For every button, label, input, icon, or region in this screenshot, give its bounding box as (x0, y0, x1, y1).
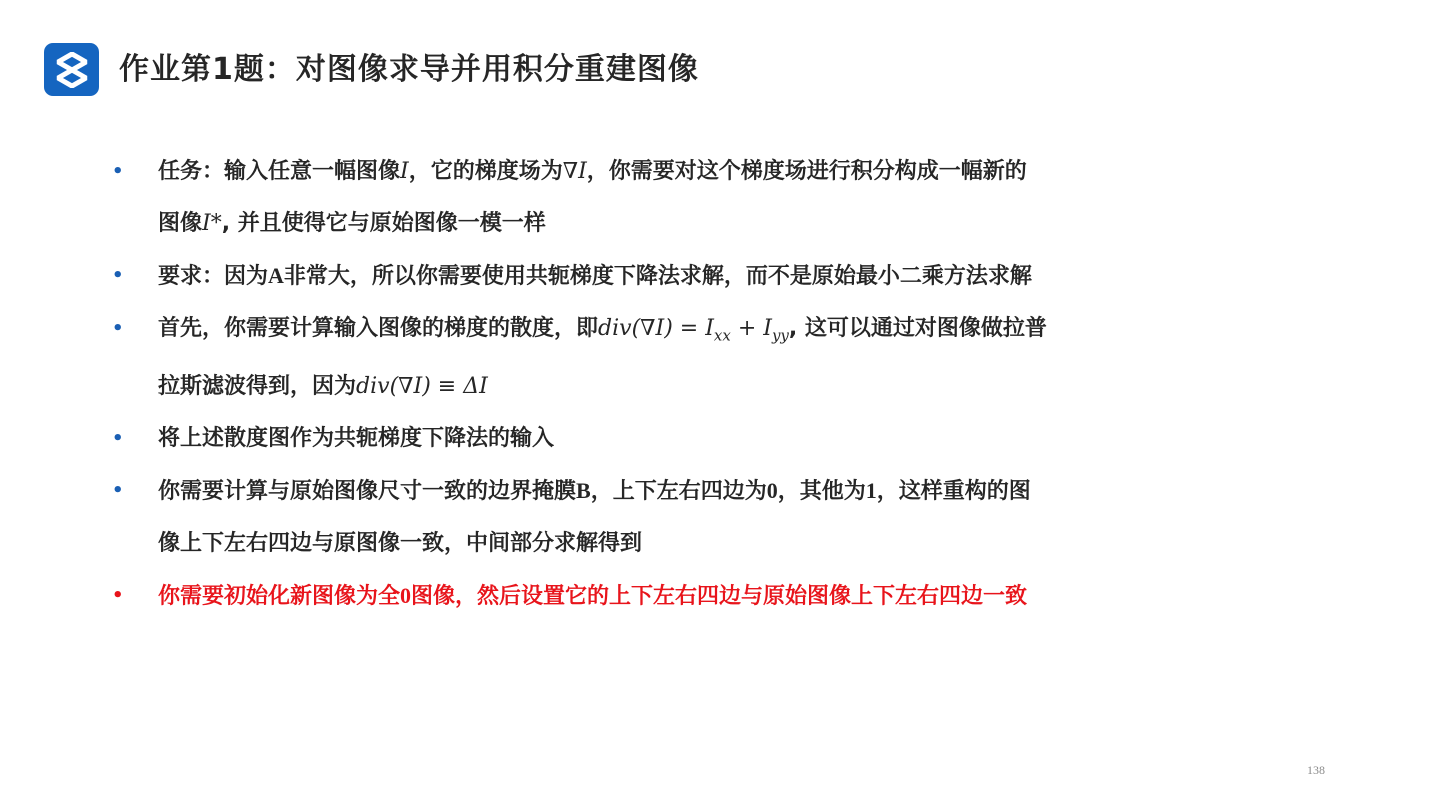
bullet-list: • 任务：输入任意一幅图像I，它的梯度场为∇I，你需要对这个梯度场进行积分构成一… (108, 146, 1308, 623)
bullet-init-highlight: • 你需要初始化新图像为全0图像，然后设置它的上下左右四边与原始图像上下左右四边… (108, 570, 1308, 623)
bullet-task: • 任务：输入任意一幅图像I，它的梯度场为∇I，你需要对这个梯度场进行积分构成一… (108, 146, 1308, 250)
bullet-dot-icon: • (112, 146, 124, 198)
s-logo-icon (44, 43, 99, 96)
bullet-dot-icon: • (112, 465, 124, 517)
bullet-divergence: • 首先，你需要计算输入图像的梯度的散度，即div(∇I) = Ixx + Iy… (108, 303, 1308, 413)
bullet-dot-icon: • (112, 250, 124, 302)
bullet-dot-icon: • (112, 303, 124, 355)
bullet-dot-icon: • (112, 413, 124, 465)
bullet-mask: • 你需要计算与原始图像尺寸一致的边界掩膜B，上下左右四边为0，其他为1，这样重… (108, 465, 1308, 570)
bullet-input: • 将上述散度图作为共轭梯度下降法的输入 (108, 413, 1308, 465)
s-logo-glyph-icon (54, 52, 90, 88)
bullet-dot-icon: • (112, 570, 124, 622)
bullet-requirement: • 要求：因为A非常大，所以你需要使用共轭梯度下降法求解，而不是原始最小二乘方法… (108, 250, 1308, 303)
slide-title: 作业第1题：对图像求导并用积分重建图像 (119, 48, 699, 92)
page-number: 138 (1307, 763, 1325, 778)
